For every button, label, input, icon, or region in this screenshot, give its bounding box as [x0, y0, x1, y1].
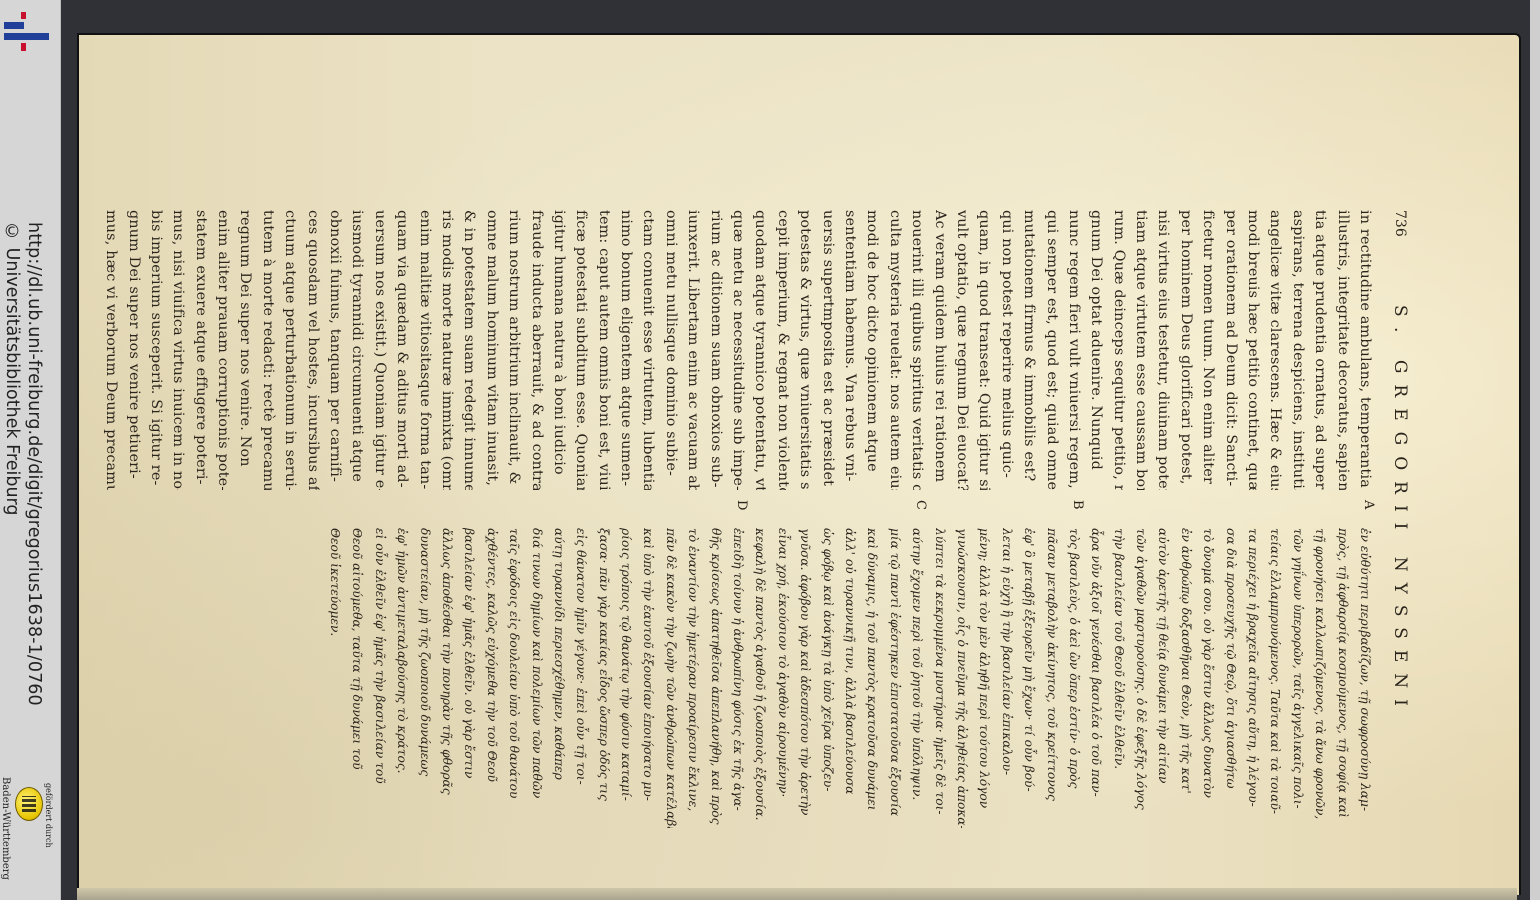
margin-marker-a: A — [1361, 500, 1376, 509]
latin-line: iusmodi tyrannidi circumuenti atque — [346, 210, 368, 490]
baden-wuerttemberg-seal-icon — [15, 787, 43, 821]
latin-line: tutem à morte redacti: rectè precamur — [256, 210, 278, 490]
greek-line: τείαις ἐλλαμπρυνόμενος. Ταῦτα καὶ τὰ τοι… — [1264, 528, 1286, 828]
greek-line: καὶ ὑπὸ τὴν ἑαυτοῦ ἐξουσίαν ἐποιήσατο μυ… — [637, 528, 659, 828]
latin-line: vult optatio, quæ regnum Dei euocat? — [951, 210, 973, 490]
latin-line: ctam conuenit esse virtutem, lubentia- — [637, 210, 659, 490]
latin-line: modi breuis hæc petitio continet, quæ — [1242, 210, 1264, 490]
latin-line: per orationem ad Deum dicit: Sancti- — [1219, 210, 1241, 490]
page-header: 736 S. GREGORII NYSSENI — [1380, 210, 1410, 830]
greek-line: τῇ φρονήσει καλλωπιζόμενος, τὰ ἄνω φρονῶ… — [1309, 528, 1331, 828]
latin-line: gnum Dei super nos venire petiueri- — [122, 210, 144, 490]
latin-line: rum. Quæ deinceps sequitur petitio, re- — [1107, 210, 1129, 490]
greek-line: τὸ ἐναντίον τὴν ἡμετέραν προαίρεσιν ἔκλι… — [682, 528, 704, 828]
greek-line: μένη; ἀλλὰ τὸν μὲν ἀληθῆ περὶ τούτου λόγ… — [973, 528, 995, 828]
latin-line: omne malum hominum vitam inuasit, — [480, 210, 502, 490]
greek-line: βασιλείαν ἐφ' ἡμᾶς ἐλθεῖν. οὐ γὰρ ἔστιν — [458, 528, 480, 828]
latin-line: obnoxii fuimus, tanquam per carnifi- — [324, 210, 346, 490]
latin-line: Ac veram quidem huius rei rationem — [928, 210, 950, 490]
latin-line: omni metu nullisque dominio subie- — [660, 210, 682, 490]
running-head: S. GREGORII NYSSENI — [1390, 305, 1410, 717]
latin-line: enim malitiæ vitiositasque forma tan- — [413, 210, 435, 490]
latin-line: uersis supertmposita est ac præsidet ver… — [816, 210, 838, 490]
greek-line: τῶν ἀγαθῶν μαρτυρούσης. ὁ δὲ ἐφεξῆς λόγο… — [1130, 528, 1152, 828]
latin-line: & in potestatem suam redegit innume- — [458, 210, 480, 490]
sponsor-block[interactable]: gefördert durch Baden-Württemberg — [0, 775, 60, 900]
greek-line: πᾶσαν μεταβολὴν ἀκίνητος, τοῦ κρείττονος — [1040, 528, 1062, 828]
greek-line: τα περιέχει ἡ βραχεῖα αἴτησις αὕτη, ἡ λέ… — [1242, 528, 1264, 828]
greek-line: εἶναι χρή, ἑκούσιον τὸ ἀγαθὸν αἱρουμένην… — [771, 528, 793, 828]
permalink-url[interactable]: http://dl.ub.uni-freiburg.de/digit/grego… — [24, 222, 44, 706]
greek-line: τῶν γηΐνων ὑπερορῶν, ταῖς ἀγγελικαῖς πολ… — [1286, 528, 1308, 828]
greek-line: κεφαλὴ δὲ παντὸς ἀγαθοῦ ἡ ζωοποιὸς ἐξουσ… — [749, 528, 771, 828]
latin-line: mutationem firmus & immobilis est? — [1018, 210, 1040, 490]
greek-line: σα διὰ προσευχῆς τῷ Θεῷ, ὅτι ἁγιασθήτω — [1219, 528, 1241, 828]
margin-marker-b: B — [1070, 500, 1085, 510]
sponsor-name: Baden-Württemberg — [0, 777, 11, 880]
greek-line: γνῦσα. ἀφόβου γὰρ καὶ ἀδεσπότου τὴν ἀρετ… — [794, 528, 816, 828]
greek-line: ἀχθέντες, καλῶς εὐχόμεθα τὴν τοῦ Θεοῦ — [480, 528, 502, 828]
margin-marker-c: C — [913, 500, 928, 510]
latin-line: quam, in quod transeat: Quid igitur sibi — [973, 210, 995, 490]
latin-line: quam via quædam & aditus morti ad- — [391, 210, 413, 490]
greek-line: μία τῷ παντὶ ἐφέστηκεν ἐπιστατοῦσα ἐξουσ… — [883, 528, 905, 828]
greek-line: τὴν βασιλείαν τοῦ Θεοῦ ἐλθεῖν ἐλθεῖν. — [1107, 528, 1129, 828]
greek-line: ἐφ' ἡμῶν ἀντιμεταλαβούσης τὸ κράτος. — [391, 528, 413, 828]
greek-line: αύτην ἔχομεν περὶ τοῦ ῥητοῦ τὴν ὑπόληψιν… — [906, 528, 928, 828]
greek-line: ἐν ἀνθρώπῳ δοξασθῆναι Θεὸν, μὴ τῆς κατ' — [1174, 528, 1196, 828]
latin-line: bis imperium susceperit. Si igitur re- — [145, 210, 167, 490]
greek-line: εἰς θάνατον ἡμῖν γέγονε· ἐπεὶ οὖν τῇ τοι… — [570, 528, 592, 828]
scrollbar-strip — [1530, 0, 1540, 900]
ub-freiburg-logo-icon[interactable] — [4, 8, 50, 54]
greek-line: ξασα· πᾶν γὰρ κακίας εἶδος ὥσπερ ὁδός τι… — [592, 528, 614, 828]
greek-line: ἆρα νῦν ἀξιοῖ γενέσθαι βασιλέα ὁ τοῦ παν… — [1085, 528, 1107, 828]
greek-line: αὐτὸν ἀρετῆς τῇ θείᾳ δυνάμει τὴν αἰτίαν — [1152, 528, 1174, 828]
greek-line: λύπτει τὰ κεκρυμμένα μυστήρια· ἡμεῖς δὲ … — [928, 528, 950, 828]
greek-line: Θεοῦ αἰτούμεθα, ταῦτα τῇ δυνάμει τοῦ — [346, 528, 368, 828]
greek-line: ἄλλως ἀποθέσθαι τὴν πονηρὰν τῆς φθορᾶς — [436, 528, 458, 828]
latin-line: angelicæ vitæ clarescens. Hæc & eius- — [1264, 210, 1286, 490]
latin-line: cepit imperium, & regnat non violento — [771, 210, 793, 490]
latin-line: enim aliter prauam corruptionis pote- — [212, 210, 234, 490]
latin-line: illustris, integritate decoratus, sapien… — [1331, 210, 1353, 490]
latin-line: fraude inducta aberrauit, & ad contra- — [525, 210, 547, 490]
latin-line: iunxerit. Libertam enim ac vacuam ab — [682, 210, 704, 490]
latin-line: nunc regem fieri vult vniuersi regem, — [1063, 210, 1085, 490]
margin-marker-d: D — [734, 500, 749, 510]
latin-column: in rectitudine ambulans, temperantiaillu… — [100, 210, 1376, 490]
latin-line: per hominem Deus glorificari potest, — [1174, 210, 1196, 490]
page-number: 736 — [1392, 210, 1408, 237]
latin-line: in rectitudine ambulans, temperantia — [1354, 210, 1376, 490]
latin-line: quodam atque tyrannico potentatu, vt — [749, 210, 771, 490]
greek-column: ἐν εὐθύτητι περιβαδίζων, τῇ σωφροσύνῃ λα… — [324, 528, 1376, 828]
latin-line: potestas & virtus, quæ vniuersitatis suf… — [794, 210, 816, 490]
greek-line: τὸς βασιλεὺς, ὁ ἀεὶ ὢν ὅπερ ἐστίν· ὁ πρὸ… — [1063, 528, 1085, 828]
latin-line: ris modis morte naturæ immixta (omnis — [436, 210, 458, 490]
latin-line: quæ metu ac necessitudine sub impe- — [727, 210, 749, 490]
latin-line: ficetur nomen tuum. Non enim aliter — [1197, 210, 1219, 490]
latin-line: tiam atque virtutem esse caussam bono- — [1130, 210, 1152, 490]
latin-line: culta mysteria reuelat: nos autem eius- — [883, 210, 905, 490]
greek-line: Θεοῦ ἱκετεύομεν. — [324, 528, 346, 828]
greek-line: αύτῃ τυραννίδι περιεσχέθημεν, καθάπερ — [548, 528, 570, 828]
greek-line: ἐπειδὴ τοίνυν ἡ ἀνθρωπίνη φύσις ἐκ τῆς ἀ… — [727, 528, 749, 828]
latin-line: aspirans, terrena despiciens, institutis — [1286, 210, 1308, 490]
latin-line: regnum Dei super nos venire. Non — [234, 210, 256, 490]
greek-line: ταῖς ἐφόδοις εἰς δουλείαν ὑπὸ τοῦ θανάτο… — [503, 528, 525, 828]
greek-line: ἐν εὐθύτητι περιβαδίζων, τῇ σωφροσύνῃ λα… — [1354, 528, 1376, 828]
latin-line: qui non potest reperire melius quic- — [995, 210, 1017, 490]
greek-line: τὸ ὄνομά σου. οὐ γὰρ ἔστιν ἄλλως δυνατὸν — [1197, 528, 1219, 828]
greek-line: πᾶν δὲ κακὸν τὴν ζωὴν τῶν ἀνθρώπων κατέλ… — [660, 528, 682, 828]
latin-line: igitur humana natura à boni iudicio — [548, 210, 570, 490]
latin-line: ces quosdam vel hostes, incursibus affe- — [301, 210, 323, 490]
viewer-sidebar: http://dl.ub.uni-freiburg.de/digit/grego… — [0, 0, 61, 900]
latin-line: tem: caput autem omnis boni est, viui- — [592, 210, 614, 490]
latin-line: gnum Dei optat aduenire. Nunquid — [1085, 210, 1107, 490]
greek-line: ἐφ' ὃ μεταβῇ ἐξευρεῖν μὴ ἔχων· τί οὖν βο… — [1018, 528, 1040, 828]
latin-line: sententiam habemus. Vna rebus vni- — [839, 210, 861, 490]
latin-line: ctuum atque perturbationum in serui- — [279, 210, 301, 490]
greek-line: ρίοις τρόποις τῷ θανάτῳ τὴν φύσιν καταμί… — [615, 528, 637, 828]
greek-line: ἀλλ' οὐ τυραννικῇ τινι, ἀλλὰ βασιλεύουσα — [839, 528, 861, 828]
greek-line: γινώσκουσιν, οἷς ὁ πνεῦμα τῆς ἀληθείας ἀ… — [951, 528, 973, 828]
greek-line: θῆς κρίσεως ἀπατηθεῖσα ἀπεπλανήθη, καὶ π… — [704, 528, 726, 828]
copyright-text: © Universitätsbibliothek Freiburg — [2, 222, 22, 516]
latin-line: mus, nisi viuifica virtus inuicem in no- — [167, 210, 189, 490]
page-gutter-shadow — [77, 888, 1517, 900]
latin-line: mus, hæc vi verborum Deum precamur: — [100, 210, 122, 490]
greek-line: ὡς φόβῳ καὶ ἀνάγκῃ τὰ ὑπὸ χεῖρα ὑποζευ- — [816, 528, 838, 828]
latin-line: uersum nos existit.) Quoniam igitur e- — [368, 210, 390, 490]
greek-line: διά τινων δημίων καὶ πολεμίων τῶν παθῶν — [525, 528, 547, 828]
page-content-rotated: 736 S. GREGORII NYSSENI in rectitudine a… — [260, 210, 1410, 830]
greek-line: λεται ἡ εὐχὴ ἣ τὴν βασιλείαν ἐπικαλου- — [995, 528, 1017, 828]
latin-line: tia atque prudentia ornatus, ad supera — [1309, 210, 1331, 490]
latin-line: nisi virtus eius testetur, diuinam poten… — [1152, 210, 1174, 490]
latin-line: ficæ potestati subditum esse. Quoniam — [570, 210, 592, 490]
latin-line: qui semper est, quod est; quiad omnem — [1040, 210, 1062, 490]
latin-line: nimo bonum eligentem atque sumen- — [615, 210, 637, 490]
latin-line: nouerint illi quibus spiritus veritatis … — [906, 210, 928, 490]
greek-line: δυναστείαν, μὴ τῆς ζωοποιοῦ δυνάμεως — [413, 528, 435, 828]
greek-line: εἰ οὖν ἐλθεῖν ἐφ' ἡμᾶς τὴν βασιλείαν τοῦ — [368, 528, 390, 828]
latin-line: rium nostrum arbitrium inclinauit, & — [503, 210, 525, 490]
sponsor-label: gefördert durch — [44, 783, 53, 848]
greek-line: πρὸς, τῇ ἀφθαρσίᾳ κοσμούμενος, τῇ σοφίᾳ … — [1331, 528, 1353, 828]
latin-line: statem exuere atque effugere poteri- — [189, 210, 211, 490]
latin-line: rium ac ditionem suam obnoxios sub- — [704, 210, 726, 490]
latin-line: modi de hoc dicto opinionem atque — [861, 210, 883, 490]
greek-line: καὶ δύναμις, ἡ τοῦ παντὸς κρατοῦσα δυνάμ… — [861, 528, 883, 828]
